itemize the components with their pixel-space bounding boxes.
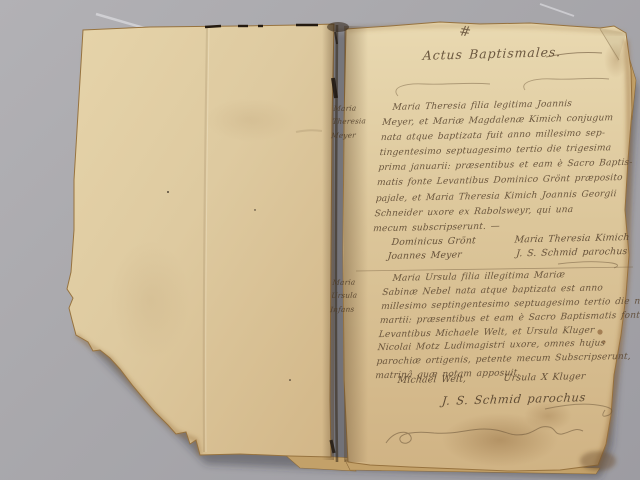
margin-note-entry1: Maria Theresia Meyer [331,101,388,142]
page-number-mark: # [458,23,472,41]
signature-name: Joannes Meyer [387,249,462,262]
margin-note-line: Theresia [332,114,387,129]
margin-note-line: Infans [330,302,385,317]
margin-note-line: Maria [332,275,387,290]
margin-note-line: Maria [333,101,388,116]
signature-name: Michael Welt, [397,374,467,386]
signature-name: Dominicus Grönt [391,235,476,248]
margin-note-entry2: Maria Ursula Infans [330,275,387,316]
margin-note-line: Ursula [331,288,386,303]
signature-name: J. S. Schmid parochus [516,246,628,259]
binding-spine [322,22,368,462]
entry1-body: Maria Theresia filia legitima Joannis Me… [373,96,638,237]
margin-note-line: Meyer [331,128,386,143]
left-page [67,24,334,457]
manuscript-photo: # Actus Baptismales. Maria Theresia Meye… [0,0,640,480]
signature-name: Ursula X Kluger [503,371,586,384]
entry2-body: Maria Ursula filia illegitima Mariæ Sabi… [375,268,638,385]
